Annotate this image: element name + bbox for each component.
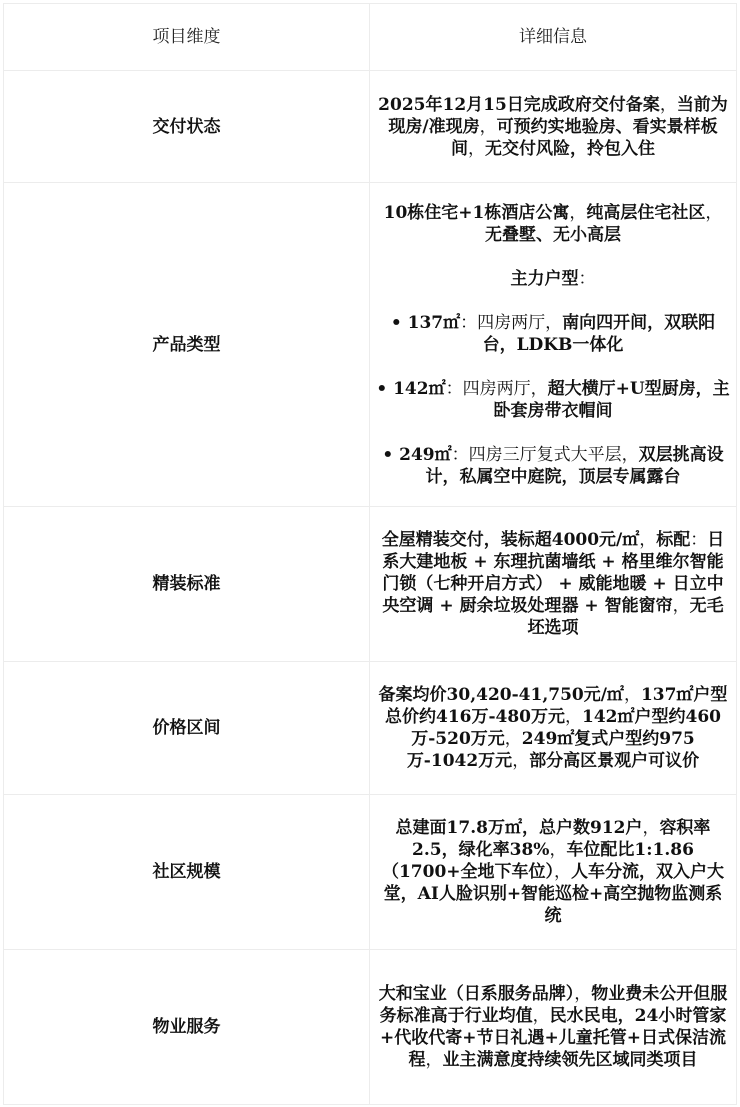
detail-text: 无叠墅、无小高层 (485, 225, 621, 245)
table-row: 产品类型10栋住宅+1栋酒店公寓，纯高层住宅社区，无叠墅、无小高层主力户型：• … (4, 183, 737, 507)
table-row: 精装标准全屋精装交付，装标超4000元/㎡，标配：日系大建地板 + 东理抗菌墙纸… (4, 507, 737, 662)
detail-text: 标配 (656, 530, 690, 550)
detail-text: ， (705, 203, 722, 223)
row-detail: 全屋精装交付，装标超4000元/㎡，标配：日系大建地板 + 东理抗菌墙纸 + 格… (370, 507, 737, 662)
unit-type-item: • 137㎡：四房两厅，南向四开间，双联阳台，LDKB一体化 (376, 312, 730, 356)
detail-text: 部分高区景观户可议价 (529, 751, 699, 771)
detail-text: ， (480, 117, 497, 137)
detail-text: • 137㎡ (391, 313, 460, 333)
row-label: 价格区间 (4, 662, 370, 795)
detail-text: ， (624, 685, 641, 705)
detail-text: ， (639, 530, 656, 550)
header-details: 详细信息 (370, 4, 737, 71)
row-detail: 总建面17.8万㎡，总户数912户，容积率2.5，绿化率38%，车位配比1:1.… (370, 795, 737, 950)
table-row: 物业服务大和宝业（日系服务品牌），物业费未公开但服务标准高于行业均值，民水民电，… (4, 950, 737, 1105)
detail-text: 无交付风险，拎包入住 (485, 139, 655, 159)
detail-text: ， (426, 1050, 443, 1070)
detail-text: ， (468, 139, 485, 159)
detail-text: ， (660, 95, 677, 115)
unit-type-item: • 249㎡：四房三厅复式大平层，双层挑高设计，私属空中庭院，顶层专属露台 (376, 444, 730, 488)
row-label: 产品类型 (4, 183, 370, 507)
detail-text: ：四房三厅复式大平层， (452, 445, 639, 465)
detail-text: • 142㎡ (376, 379, 445, 399)
table-row: 价格区间备案均价30,420-41,750元/㎡，137㎡户型总价约416万-4… (4, 662, 737, 795)
row-detail: 备案均价30,420-41,750元/㎡，137㎡户型总价约416万-480万元… (370, 662, 737, 795)
detail-text: ， (549, 840, 566, 860)
unit-type-item: • 142㎡：四房两厅，超大横厅+U型厨房，主卧套房带衣帽间 (376, 378, 730, 422)
row-label: 精装标准 (4, 507, 370, 662)
detail-text: ， (673, 596, 690, 616)
detail-text: ：四房两厅， (460, 313, 562, 333)
detail-text: 全屋精装交付，装标超4000元/㎡ (382, 530, 640, 550)
detail-text: ：四房两厅， (446, 379, 548, 399)
detail-text: • 249㎡ (382, 445, 451, 465)
detail-text: ： (690, 530, 707, 550)
header-row: 项目维度 详细信息 (4, 4, 737, 71)
detail-text: ， (569, 203, 586, 223)
row-label: 物业服务 (4, 950, 370, 1105)
header-dimension: 项目维度 (4, 4, 370, 71)
detail-text: 业主满意度持续领先区域同类项目 (443, 1050, 698, 1070)
project-info-table: 项目维度 详细信息 交付状态2025年12月15日完成政府交付备案，当前为现房/… (3, 3, 737, 1105)
product-summary: 10栋住宅+1栋酒店公寓，纯高层住宅社区，无叠墅、无小高层 (376, 202, 730, 246)
detail-text: 10栋住宅+1栋酒店公寓 (384, 203, 570, 223)
detail-text: ， (565, 707, 582, 727)
detail-text: 大和宝业（日系服务品牌） (379, 984, 575, 1004)
detail-text: ， (505, 729, 522, 749)
row-detail: 2025年12月15日完成政府交付备案，当前为现房/准现房，可预约实地验房、看实… (370, 71, 737, 183)
detail-text: 2025年12月15日完成政府交付备案 (378, 95, 660, 115)
row-detail: 10栋住宅+1栋酒店公寓，纯高层住宅社区，无叠墅、无小高层主力户型：• 137㎡… (370, 183, 737, 507)
table-row: 交付状态2025年12月15日完成政府交付备案，当前为现房/准现房，可预约实地验… (4, 71, 737, 183)
detail-text: 主力户型 (511, 269, 579, 289)
row-label: 社区规模 (4, 795, 370, 950)
row-label: 交付状态 (4, 71, 370, 183)
detail-text: 总建面17.8万㎡，总户数912户 (396, 818, 643, 838)
table-row: 社区规模总建面17.8万㎡，总户数912户，容积率2.5，绿化率38%，车位配比… (4, 795, 737, 950)
detail-text: 备案均价30,420-41,750元/㎡ (379, 685, 624, 705)
detail-text: ， (554, 862, 571, 882)
detail-text: ， (574, 984, 591, 1004)
detail-text: ， (642, 818, 659, 838)
detail-text: ， (512, 751, 529, 771)
row-detail: 大和宝业（日系服务品牌），物业费未公开但服务标准高于行业均值，民水民电，24小时… (370, 950, 737, 1105)
detail-text: 纯高层住宅社区 (586, 203, 705, 223)
detail-text: ， (533, 1006, 550, 1026)
detail-text: ： (579, 269, 596, 289)
main-unit-heading: 主力户型： (376, 268, 730, 290)
